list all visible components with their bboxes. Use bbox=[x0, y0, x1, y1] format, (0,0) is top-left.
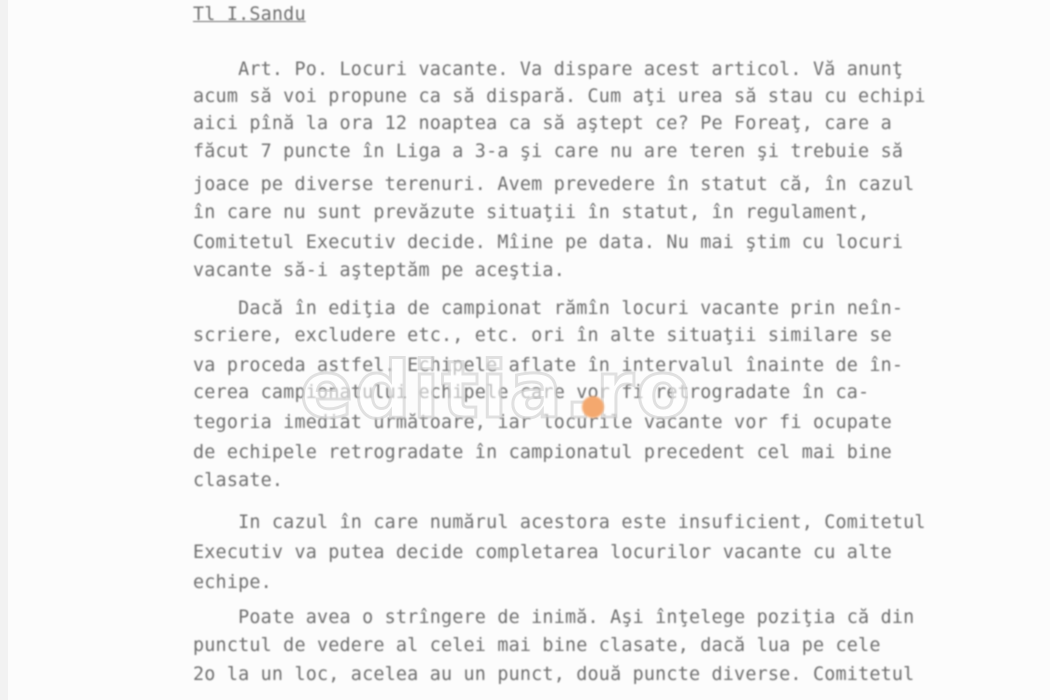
text-line: de echipele retrogradate în campionatul … bbox=[193, 440, 892, 466]
text-line: joace pe diverse terenuri. Avem preveder… bbox=[193, 172, 914, 198]
speaker-heading: Tl I.Sandu bbox=[193, 2, 306, 28]
text-line: aici pînă la ora 12 noaptea ca să aştept… bbox=[193, 111, 892, 137]
text-line: In cazul în care numărul acestora este i… bbox=[193, 510, 926, 536]
text-line: echipe. bbox=[193, 570, 272, 596]
text-line: acum să voi propune ca să dispară. Cum a… bbox=[193, 84, 926, 110]
text-line: Poate avea o strîngere de inimă. Aşi înţ… bbox=[193, 605, 914, 631]
text-line: făcut 7 puncte în Liga a 3-a şi care nu … bbox=[193, 139, 903, 165]
text-line: scriere, excludere etc., etc. ori în alt… bbox=[193, 323, 892, 349]
scanned-document-page: Tl I.Sandu Art. Po. Locuri vacante. Va d… bbox=[0, 0, 1050, 700]
text-line: Comitetul Executiv decide. Mîine pe data… bbox=[193, 230, 903, 256]
page-margin bbox=[0, 0, 8, 700]
text-line: Executiv va putea decide completarea loc… bbox=[193, 540, 892, 566]
text-line: punctul de vedere al celei mai bine clas… bbox=[193, 633, 881, 659]
text-line: va proceda astfel. Echipele aflate în in… bbox=[193, 353, 903, 379]
text-line: Art. Po. Locuri vacante. Va dispare aces… bbox=[193, 57, 903, 83]
text-line: clasate. bbox=[193, 468, 283, 494]
text-line: Dacă în ediţia de campionat rămîn locuri… bbox=[193, 296, 903, 322]
text-line: vacante să-i aşteptăm pe aceştia. bbox=[193, 258, 565, 284]
watermark-dot-icon bbox=[582, 396, 604, 418]
text-line: în care nu sunt prevăzute situaţii în st… bbox=[193, 200, 869, 226]
text-line: 2o la un loc, acelea au un punct, două p… bbox=[193, 662, 914, 688]
text-line: tegoria imediat următoare, iar locurile … bbox=[193, 410, 892, 436]
text-line: cerea campionatului echipele care vor fi… bbox=[193, 380, 869, 406]
